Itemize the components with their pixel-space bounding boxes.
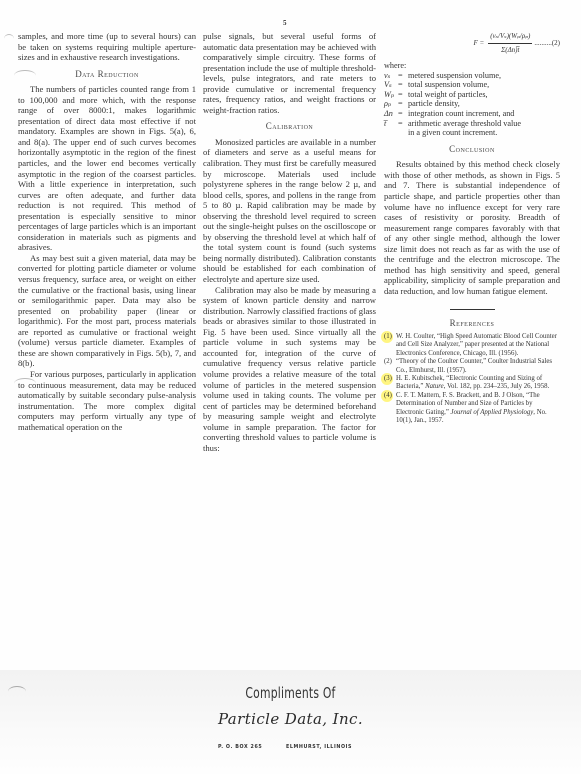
equals: = xyxy=(398,71,408,81)
equation-2: F = (vₛ/Vₛ)(Wₚ/ρₚ) Σ(Δn)̅t ..........(2) xyxy=(384,31,560,55)
paragraph: samples, and more time (up to several ho… xyxy=(18,31,196,63)
formula-denominator: Σ(Δn)̅t xyxy=(501,44,519,56)
paragraph: For various purposes, particularly in ap… xyxy=(18,369,196,432)
where-label: where: xyxy=(384,61,560,71)
margin-mark xyxy=(4,34,14,43)
formula-lhs: F = xyxy=(473,38,484,49)
reference-number-highlighted: (4) xyxy=(384,392,396,426)
definition-continuation: in a given count increment. xyxy=(384,128,560,138)
document-page: 5 samples, and more time (up to several … xyxy=(0,0,581,670)
margin-mark xyxy=(8,686,26,697)
column-3: F = (vₛ/Vₛ)(Wₚ/ρₚ) Σ(Δn)̅t ..........(2)… xyxy=(384,26,560,426)
section-heading-data-reduction: Data Reduction xyxy=(18,69,196,80)
page-number: 5 xyxy=(283,19,287,27)
symbol: Δn xyxy=(384,109,398,119)
section-heading-references: References xyxy=(384,318,560,329)
compliments-text: Compliments Of xyxy=(81,684,499,702)
paragraph: Monosized particles are available in a n… xyxy=(203,137,376,285)
definition: total weight of particles, xyxy=(408,90,560,100)
symbol: Wₚ xyxy=(384,90,398,100)
definition: arithmetic average threshold value xyxy=(408,119,560,129)
reference-item: (3) H. E. Kubitschek, “Electronic Counti… xyxy=(384,375,560,392)
paragraph: The numbers of particles counted range f… xyxy=(18,84,196,253)
company-name: Particle Data, Inc. xyxy=(0,710,581,728)
symbol: ρₚ xyxy=(384,99,398,109)
equals: = xyxy=(398,99,408,109)
reference-item: (4) C. F. T. Mattern, F. S. Brackett, an… xyxy=(384,392,560,426)
equals: = xyxy=(398,119,408,129)
paragraph: Results obtained by this method check cl… xyxy=(384,159,560,296)
reference-item: (2) “Theory of the Coulter Counter,” Cou… xyxy=(384,358,560,375)
definition-row: Wₚ=total weight of particles, xyxy=(384,90,560,100)
definition-row: vₛ=metered suspension volume, xyxy=(384,71,560,81)
definition-row: t̅=arithmetic average threshold value xyxy=(384,119,560,129)
definition: integration count increment, and xyxy=(408,109,560,119)
divider xyxy=(450,309,495,310)
equals: = xyxy=(398,80,408,90)
equals: = xyxy=(398,109,408,119)
paragraph: As may best suit a given material, data … xyxy=(18,253,196,369)
section-heading-calibration: Calibration xyxy=(203,121,376,132)
reference-item: (1) W. H. Coulter, “High Speed Automatic… xyxy=(384,333,560,358)
formula-fraction: (vₛ/Vₛ)(Wₚ/ρₚ) Σ(Δn)̅t xyxy=(488,31,532,55)
journal-title: Nature xyxy=(425,383,444,390)
section-heading-conclusion: Conclusion xyxy=(384,144,560,155)
symbol: t̅ xyxy=(384,119,398,129)
variable-definitions: where: vₛ=metered suspension volume, Vₛ=… xyxy=(384,61,560,138)
definition: total suspension volume, xyxy=(408,80,560,90)
definition: particle density, xyxy=(408,99,560,109)
definition-row: Δn=integration count increment, and xyxy=(384,109,560,119)
journal-title: Journal of Applied Physiology xyxy=(451,409,534,416)
reference-number-highlighted: (1) xyxy=(384,333,396,358)
equation-number: ..........(2) xyxy=(534,38,560,49)
symbol: vₛ xyxy=(384,71,398,81)
paragraph: pulse signals, but several useful forms … xyxy=(203,31,376,115)
reference-text: “Theory of the Coulter Counter,” Coulter… xyxy=(396,358,560,375)
address-po-box: P. O. BOX 265 xyxy=(218,745,262,750)
references-list: (1) W. H. Coulter, “High Speed Automatic… xyxy=(384,333,560,425)
equals: = xyxy=(398,90,408,100)
definition-row: Vₛ=total suspension volume, xyxy=(384,80,560,90)
definition-row: ρₚ=particle density, xyxy=(384,99,560,109)
reference-text: H. E. Kubitschek, “Electronic Counting a… xyxy=(396,375,560,392)
symbol: Vₛ xyxy=(384,80,398,90)
reference-text: C. F. T. Mattern, F. S. Brackett, and B.… xyxy=(396,392,560,426)
definition: metered suspension volume, xyxy=(408,71,560,81)
formula-numerator: (vₛ/Vₛ)(Wₚ/ρₚ) xyxy=(488,31,532,44)
paragraph: Calibration may also be made by measurin… xyxy=(203,285,376,454)
column-2: pulse signals, but several useful forms … xyxy=(203,31,376,453)
footer-imprint: Compliments Of Particle Data, Inc. P. O.… xyxy=(0,670,581,774)
reference-text: W. H. Coulter, “High Speed Automatic Blo… xyxy=(396,333,560,358)
address-city: ELMHURST, ILLINOIS xyxy=(286,745,352,750)
column-1: samples, and more time (up to several ho… xyxy=(18,31,196,432)
